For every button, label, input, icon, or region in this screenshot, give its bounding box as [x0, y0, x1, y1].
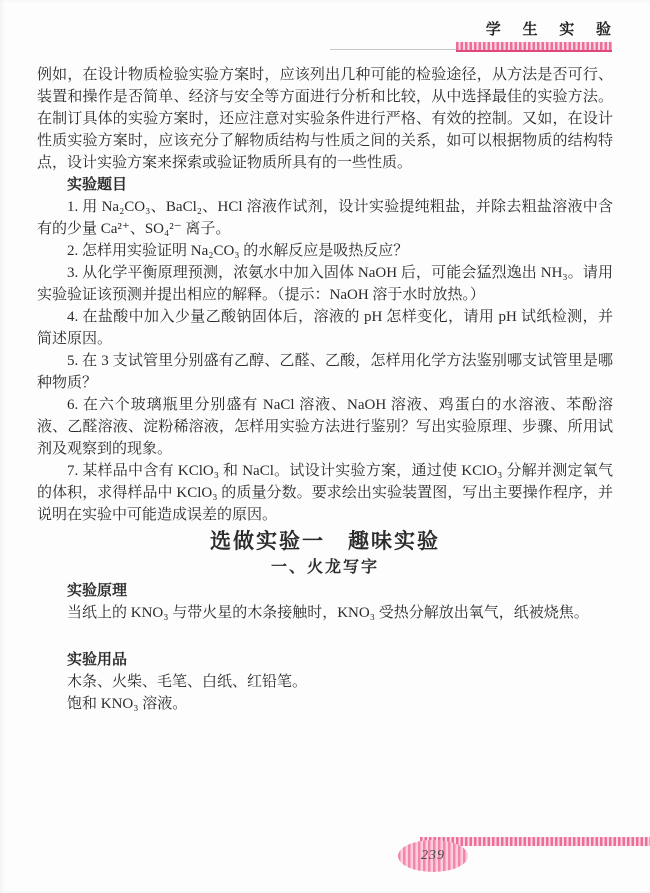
principle-text: 当纸上的 KNO₃ 与带火星的木条接触时，KNO₃ 受热分解放出氧气，纸被烧焦。: [37, 602, 613, 624]
supplies-line-2: 饱和 KNO₃ 溶液。: [37, 693, 613, 715]
intro-paragraph: 例如，在设计物质检验实验方案时，应该列出几种可能的检验途径，从方法是否可行、装置…: [37, 64, 613, 174]
topic-item-7: 7. 某样品中含有 KClO₃ 和 NaCl。试设计实验方案，通过使 KClO₃…: [37, 460, 613, 526]
topic-item-1: 1. 用 Na₂CO₃、BaCl₂、HCl 溶液作试剂，设计实验提纯粗盐，并除去…: [37, 196, 613, 240]
header-rule: [330, 49, 456, 50]
page-number: 239: [421, 848, 445, 864]
topic-item-3: 3. 从化学平衡原理预测，浓氨水中加入固体 NaOH 后，可能会猛烈逸出 NH₃…: [37, 262, 613, 306]
topics-heading: 实验题目: [37, 174, 613, 196]
topic-item-4: 4. 在盐酸中加入少量乙酸钠固体后，溶液的 pH 怎样变化，请用 pH 试纸检测…: [37, 306, 613, 350]
topic-item-2: 2. 怎样用实验证明 Na₂CO₃ 的水解反应是吸热反应？: [37, 240, 613, 262]
topic-item-6: 6. 在六个玻璃瓶里分别盛有 NaCl 溶液、NaOH 溶液、鸡蛋白的水溶液、苯…: [37, 394, 613, 460]
header-accent-bar: [456, 42, 612, 52]
optional-experiment-title: 选做实验一 趣味实验: [37, 526, 613, 556]
topic-item-5: 5. 在 3 支试管里分别盛有乙醇、乙醛、乙酸，怎样用化学方法鉴别哪支试管里是哪…: [37, 350, 613, 394]
page-content: 例如，在设计物质检验实验方案时，应该列出几种可能的检验途径，从方法是否可行、装置…: [37, 64, 613, 715]
experiment-subtitle: 一、火龙写字: [37, 556, 613, 580]
supplies-line-1: 木条、火柴、毛笔、白纸、红铅笔。: [37, 671, 613, 693]
page-number-badge: 239: [398, 840, 468, 872]
supplies-heading: 实验用品: [37, 649, 613, 671]
principle-heading: 实验原理: [37, 580, 613, 602]
page-header-title: 学 生 实 验: [486, 18, 620, 39]
textbook-page: 学 生 实 验 例如，在设计物质检验实验方案时，应该列出几种可能的检验途径，从方…: [0, 0, 650, 893]
